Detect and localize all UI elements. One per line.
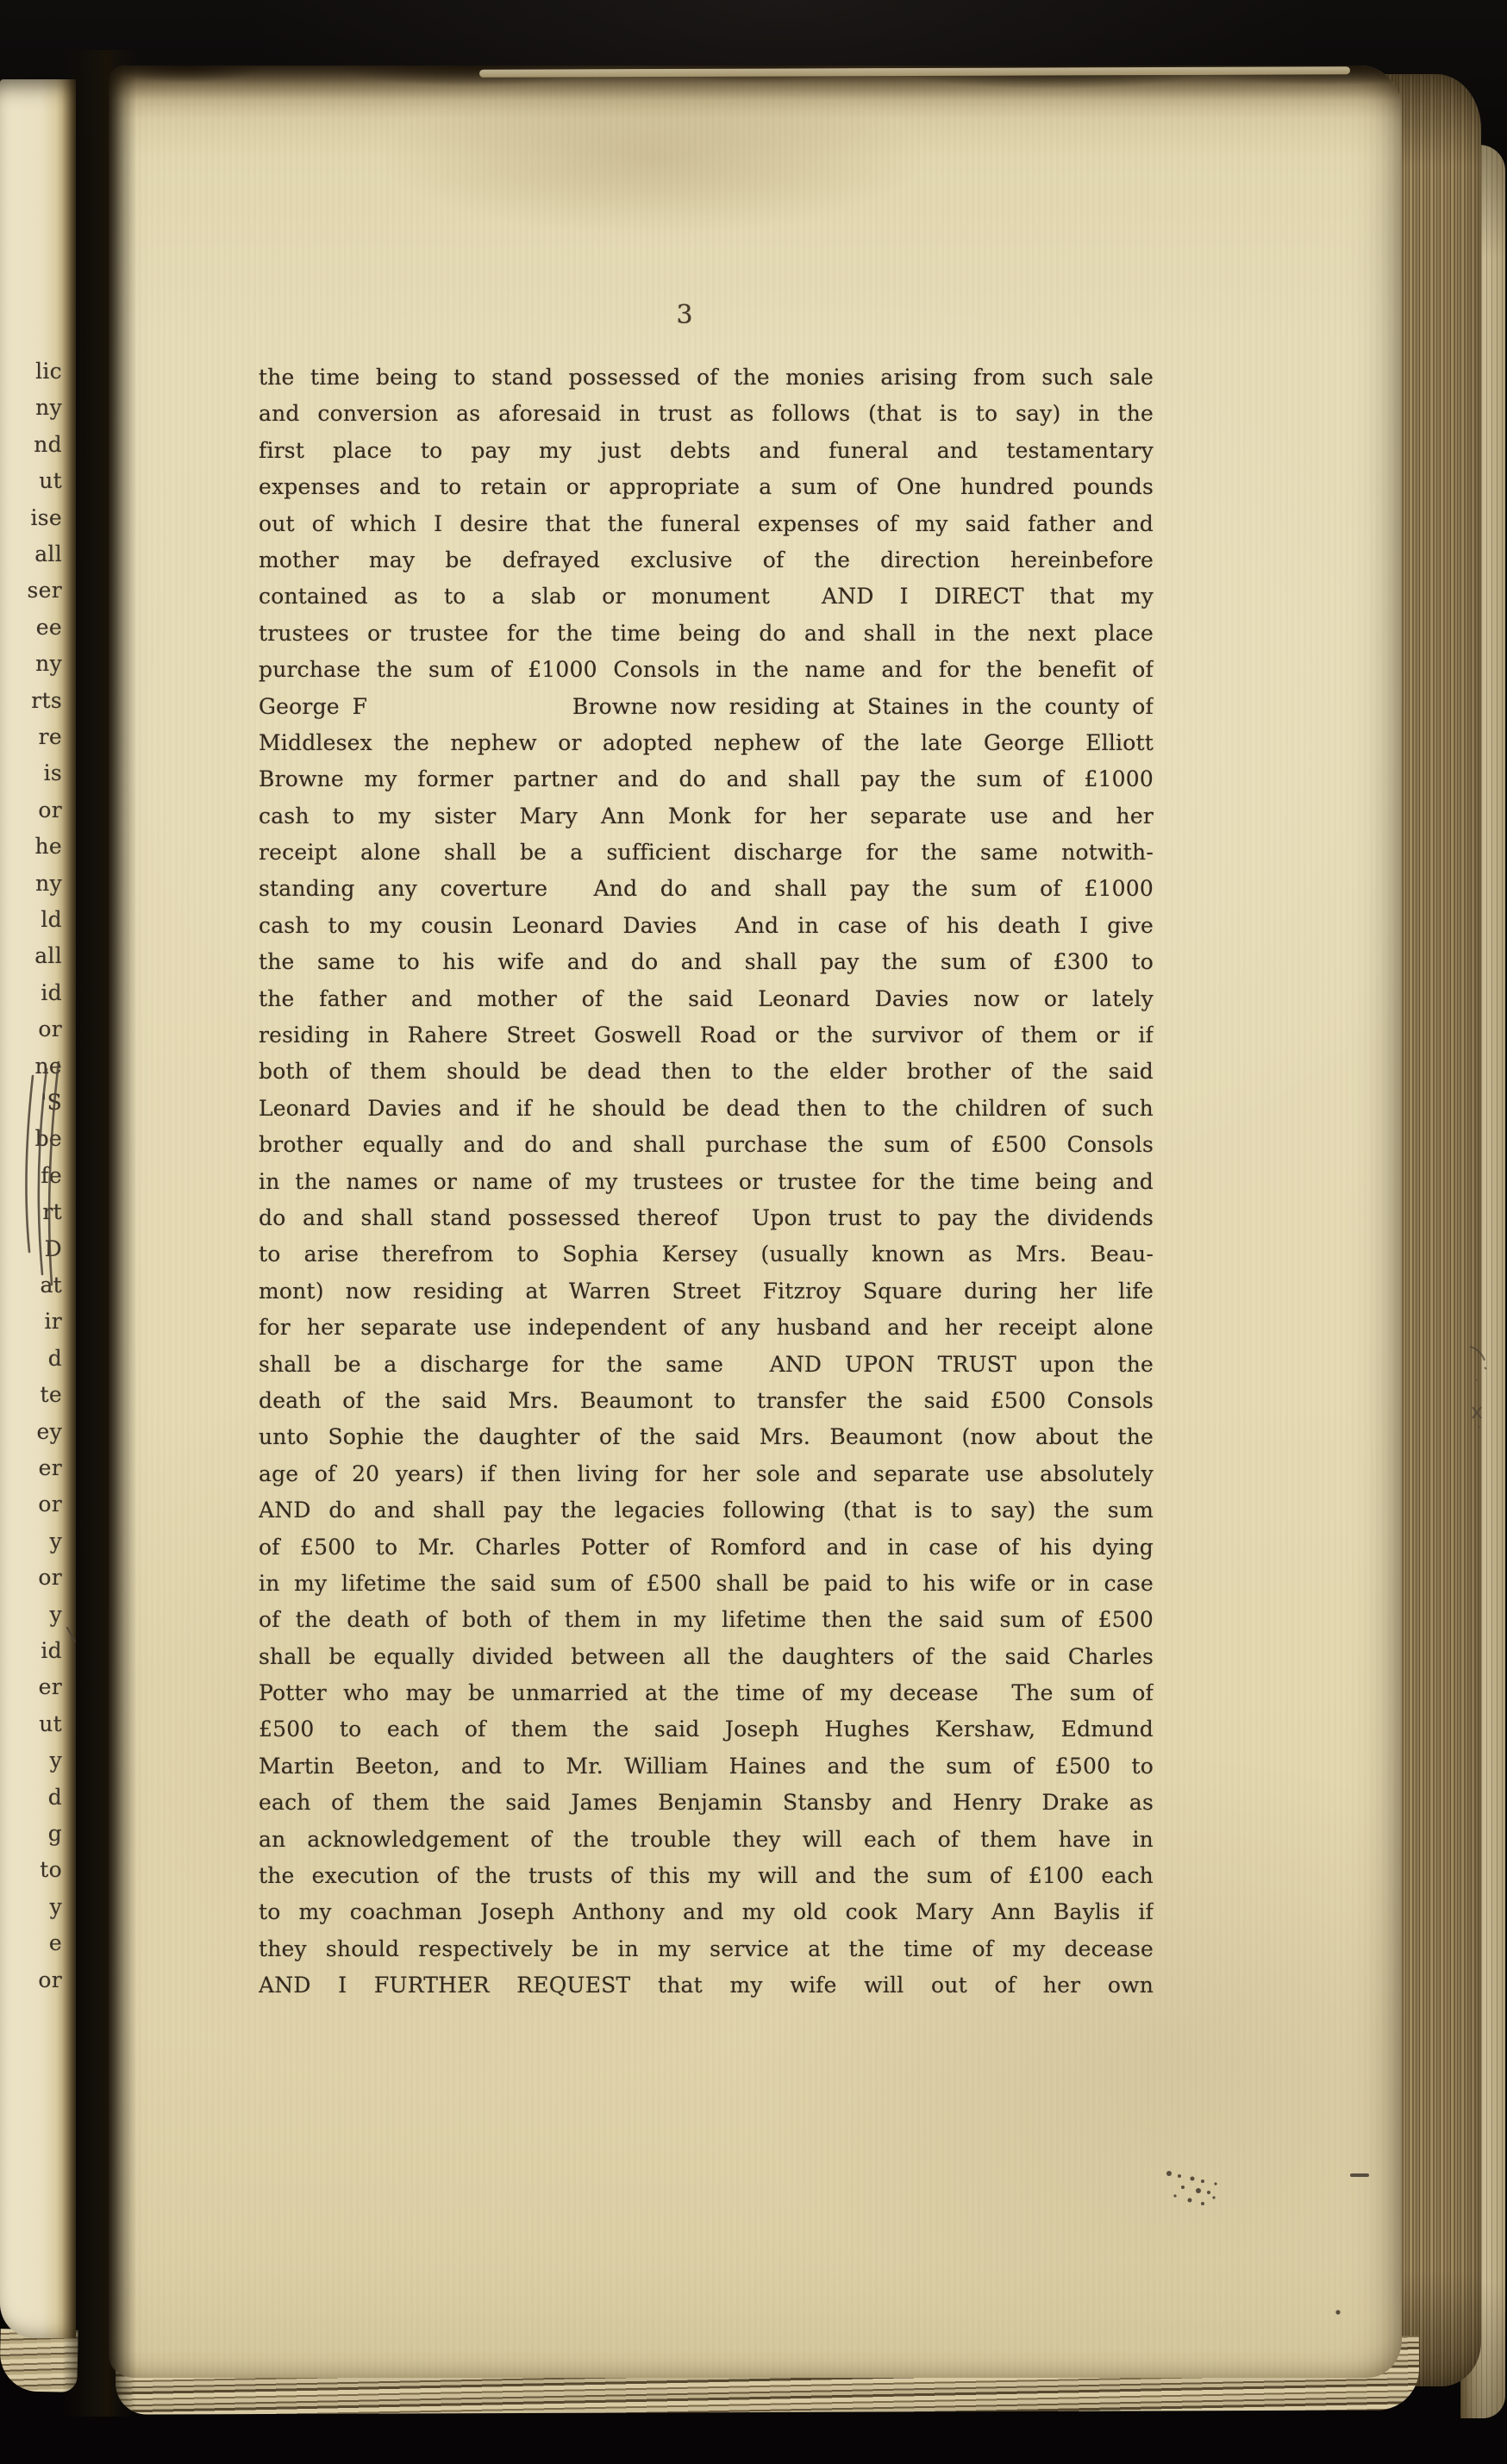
text-line: to my coachman Joseph Anthony and my old…	[259, 1894, 1154, 1930]
will-text-block: the time being to stand possessed of the…	[259, 360, 1154, 2004]
text-line: first place to pay my just debts and fun…	[259, 433, 1154, 469]
text-line: unto Sophie the daughter of the said Mrs…	[259, 1419, 1154, 1455]
text-line: in the names or name of my trustees or t…	[259, 1164, 1154, 1200]
text-line: to arise therefrom to Sophia Kersey (usu…	[259, 1236, 1154, 1273]
text-line: and conversion as aforesaid in trust as …	[259, 396, 1154, 432]
text-line: trustees or trustee for the time being d…	[259, 616, 1154, 652]
text-line: do and shall stand possessed thereof Upo…	[259, 1200, 1154, 1236]
facing-page-text-fragment: he	[35, 835, 63, 857]
facing-page-text-fragment: id	[41, 982, 62, 1004]
facing-page-text-fragment: y	[50, 1749, 62, 1771]
text-line: they should respectively be in my servic…	[259, 1931, 1154, 1967]
facing-page-text-fragment: ut	[39, 1713, 62, 1735]
text-line: the father and mother of the said Leonar…	[259, 981, 1154, 1017]
text-line: Middlesex the nephew or adopted nephew o…	[259, 725, 1154, 761]
text-line: expenses and to retain or appropriate a …	[259, 469, 1154, 505]
text-line: of the death of both of them in my lifet…	[259, 1602, 1154, 1638]
facing-page-text-fragment: all	[34, 945, 62, 966]
facing-page-text-fragment: or	[38, 1493, 62, 1515]
facing-page-text-fragment: to	[40, 1859, 62, 1880]
facing-page-text-fragment: ey	[36, 1421, 62, 1442]
facing-page-text-fragment: rt	[42, 1201, 62, 1223]
facing-page-text-fragment: ny	[35, 653, 62, 674]
facing-page-text-fragment: ny	[35, 872, 62, 894]
text-line: brother equally and do and shall purchas…	[259, 1127, 1154, 1163]
text-line: in my lifetime the said sum of £500 shal…	[259, 1566, 1154, 1602]
facing-page-text-fragment: be	[35, 1128, 62, 1149]
facing-page-text-fragment: re	[39, 726, 62, 747]
text-line: the same to his wife and do and shall pa…	[259, 944, 1154, 980]
facing-page-text-fragment: ld	[41, 909, 62, 930]
facing-page-text-fragment: ise	[30, 507, 62, 528]
facing-page-text-fragment: ser	[28, 579, 62, 601]
text-line: purchase the sum of £1000 Consols in the…	[259, 652, 1154, 688]
text-line: £500 to each of them the said Joseph Hug…	[259, 1711, 1154, 1748]
facing-page-text-fragment: ee	[36, 616, 62, 638]
text-line: mother may be defrayed exclusive of the …	[259, 542, 1154, 578]
text-line: Potter who may be unmarried at the time …	[259, 1675, 1154, 1711]
facing-page-text-fragment: e	[49, 1932, 62, 1954]
facing-page-text-fragment: te	[41, 1384, 62, 1405]
facing-page-text-fragment: or	[38, 1018, 62, 1040]
facing-page-text-fragment: or	[38, 799, 62, 821]
facing-page-text-fragment: nd	[34, 434, 62, 455]
facing-page-text-fragment: or	[38, 1969, 62, 1991]
book-scan: 3 the time being to stand possessed of t…	[0, 0, 1507, 2464]
facing-page-text-fragment: er	[39, 1676, 62, 1698]
facing-page-text-fragment: ir	[44, 1310, 62, 1332]
facing-page-text-fragment: id	[41, 1640, 62, 1661]
text-line: Leonard Davies and if he should be dead …	[259, 1091, 1154, 1127]
facing-page-text-fragment: g	[48, 1823, 62, 1844]
text-line: AND do and shall pay the legacies follow…	[259, 1492, 1154, 1529]
text-line: an acknowledgement of the trouble they w…	[259, 1822, 1154, 1858]
facing-page-fragments: licnyndutiseallsereenyrtsreisorhenyldall…	[0, 0, 67, 2464]
facing-page-text-fragment: fe	[41, 1165, 62, 1186]
facing-page-text-fragment: y	[50, 1530, 62, 1552]
facing-page-text-fragment: or	[38, 1567, 62, 1588]
facing-page-text-fragment: ne	[35, 1055, 63, 1077]
facing-page-text-fragment: y	[50, 1896, 62, 1917]
text-line: each of them the said James Benjamin Sta…	[259, 1785, 1154, 1821]
facing-page-text-fragment: all	[34, 543, 62, 565]
facing-page-text-fragment: at	[40, 1274, 62, 1296]
text-line: age of 20 years) if then living for her …	[259, 1456, 1154, 1492]
facing-page-text-fragment: y	[50, 1604, 62, 1625]
text-line: shall be equally divided between all the…	[259, 1639, 1154, 1675]
text-line: Martin Beeton, and to Mr. William Haines…	[259, 1748, 1154, 1785]
page-top-edge	[479, 66, 1350, 78]
text-line: of £500 to Mr. Charles Potter of Romford…	[259, 1529, 1154, 1566]
text-line: cash to my sister Mary Ann Monk for her …	[259, 798, 1154, 835]
text-line: out of which I desire that the funeral e…	[259, 506, 1154, 542]
facing-page-text-fragment: 'S	[41, 1091, 62, 1113]
text-line: AND I FURTHER REQUEST that my wife will …	[259, 1967, 1154, 2004]
text-line: for her separate use independent of any …	[259, 1310, 1154, 1346]
text-line: receipt alone shall be a sufficient disc…	[259, 835, 1154, 871]
text-line: cash to my cousin Leonard Davies And in …	[259, 908, 1154, 944]
text-line: contained as to a slab or monument AND I…	[259, 578, 1154, 615]
facing-page-text-fragment: D	[45, 1238, 62, 1260]
facing-page-text-fragment: d	[48, 1348, 62, 1369]
text-line: residing in Rahere Street Goswell Road o…	[259, 1017, 1154, 1054]
text-line: the execution of the trusts of this my w…	[259, 1858, 1154, 1894]
facing-page-text-fragment: rts	[31, 690, 62, 711]
text-line: the time being to stand possessed of the…	[259, 360, 1154, 396]
text-line: George F Browne now residing at Staines …	[259, 689, 1154, 725]
facing-page-text-fragment: ut	[39, 470, 62, 491]
facing-page-text-fragment: ny	[35, 397, 62, 418]
page-number: 3	[666, 300, 703, 330]
facing-page-text-fragment: lic	[35, 360, 62, 382]
text-line: standing any coverture And do and shall …	[259, 871, 1154, 907]
text-line: shall be a discharge for the same AND UP…	[259, 1347, 1154, 1383]
text-line: death of the said Mrs. Beaumont to trans…	[259, 1383, 1154, 1419]
text-line: Browne my former partner and do and shal…	[259, 761, 1154, 797]
facing-page-text-fragment: d	[48, 1786, 62, 1808]
text-line: both of them should be dead then to the …	[259, 1054, 1154, 1090]
text-line: mont) now residing at Warren Street Fitz…	[259, 1273, 1154, 1310]
facing-page-text-fragment: er	[39, 1457, 62, 1479]
facing-page-text-fragment: is	[44, 762, 62, 784]
book-gutter-shadow	[62, 50, 136, 2417]
